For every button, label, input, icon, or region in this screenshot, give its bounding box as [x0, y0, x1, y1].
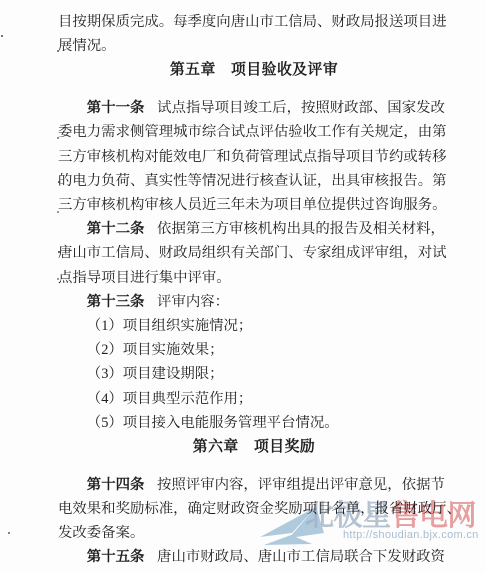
text-line: 第十五条唐山市财政局、唐山市工信局联合下发财政资	[58, 545, 450, 569]
line-text: 试点指导项目竣工后，按照财政部、国家发改	[157, 100, 445, 116]
line-text: 依据第三方审核机构出具的报告及相关材料，	[157, 221, 445, 237]
scan-speckles	[0, 0, 2, 2]
text-line: （5）项目接入电能服务管理平台情况。	[58, 411, 450, 435]
text-line: 第十一条试点指导项目竣工后，按照财政部、国家发改	[58, 96, 450, 120]
article-number: 第十四条	[87, 477, 145, 493]
text-line: 第十三条评审内容：	[58, 290, 450, 314]
chapter-heading: 第六章 项目奖励	[58, 435, 450, 459]
article-number: 第十三条	[87, 294, 145, 310]
text-line: 目按期保质完成。每季度向唐山市工信局、财政局报送项目进	[58, 10, 450, 34]
text-line: 第十四条按照评审内容，评审组提出评审意见，依据节	[58, 473, 450, 497]
text-line: 三方审核机构审核人员近三年未为项目单位提供过咨询服务。	[58, 193, 450, 217]
text-line: 唐山市工信局、财政局组织有关部门、专家组成评审组，对试	[58, 241, 450, 265]
text-line: 点指导项目进行集中评审。	[58, 266, 450, 290]
document-body: 目按期保质完成。每季度向唐山市工信局、财政局报送项目进展情况。第五章 项目验收及…	[58, 10, 450, 569]
article-number: 第十二条	[87, 221, 145, 237]
article-number: 第十五条	[87, 549, 145, 565]
text-line: 展情况。	[58, 34, 450, 58]
line-text: 唐山市财政局、唐山市工信局联合下发财政资	[157, 549, 445, 565]
text-line: 委电力需求侧管理城市综合试点评估验收工作有关规定，由第	[58, 120, 450, 144]
text-line: （1）项目组织实施情况；	[58, 314, 450, 338]
text-line: （4）项目典型示范作用；	[58, 387, 450, 411]
text-line: 第十二条依据第三方审核机构出具的报告及相关材料，	[58, 217, 450, 241]
text-line: 发改委备案。	[58, 521, 450, 545]
text-line: 的电力负荷、真实性等情况进行核查认证，出具审核报告。第	[58, 169, 450, 193]
chapter-heading: 第五章 项目验收及评审	[58, 58, 450, 82]
line-text: 评审内容：	[157, 294, 229, 310]
text-line: 电效果和奖励标准，确定财政资金奖励项目名单，报省财政厅、	[58, 497, 450, 521]
text-line: （3）项目建设期限；	[58, 362, 450, 386]
line-text: 按照评审内容，评审组提出评审意见，依据节	[157, 477, 445, 493]
text-line: 三方审核机构对能效电厂和负荷管理试点指导项目节约或转移	[58, 145, 450, 169]
text-line: （2）项目实施效果；	[58, 338, 450, 362]
article-number: 第十一条	[87, 100, 145, 116]
